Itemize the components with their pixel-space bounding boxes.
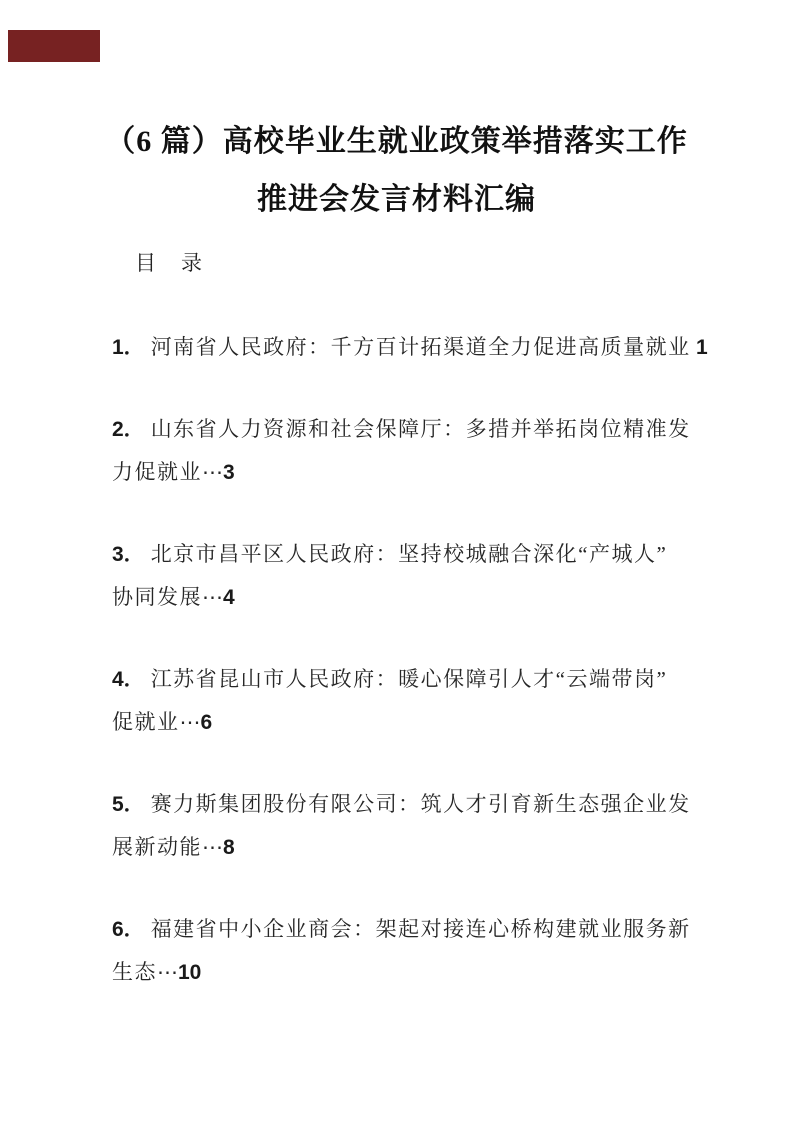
toc-item-number: 1． — [112, 336, 145, 359]
toc-leader-dots: ⋯ — [157, 960, 178, 984]
toc-item-number: 3． — [112, 543, 145, 566]
toc-item-text: 北京市昌平区人民政府：坚持校城融合深化“产城人” — [151, 542, 668, 566]
toc-item-text-continued: 生态 — [112, 960, 157, 984]
toc-item-number: 2． — [112, 418, 145, 441]
toc-page-number: 6 — [201, 711, 213, 734]
toc-item-text: 福建省中小企业商会：架起对接连心桥构建就业服务新 — [151, 917, 691, 941]
toc-item-text: 河南省人民政府：千方百计拓渠道全力促进高质量就业 — [151, 335, 691, 359]
toc-item-text: 江苏省昆山市人民政府：暖心保障引人才“云端带岗” — [151, 667, 668, 691]
document-title-line-2: 推进会发言材料汇编 — [0, 171, 793, 229]
document-page: （6 篇）高校毕业生就业政策举措落实工作 推进会发言材料汇编 目 录 1．河南省… — [0, 0, 793, 1122]
toc-page-number: 4 — [223, 586, 235, 609]
toc-item: 2．山东省人力资源和社会保障厅：多措并举拓岗位精准发 力促就业⋯3 — [112, 408, 678, 494]
toc-page-number: 8 — [223, 836, 235, 859]
toc-item-number: 4． — [112, 668, 145, 691]
toc-item-text-continued: 促就业 — [112, 710, 180, 734]
document-title: （6 篇）高校毕业生就业政策举措落实工作 推进会发言材料汇编 — [0, 113, 793, 229]
toc-item-text-continued: 展新动能 — [112, 835, 202, 859]
toc-page-number: 3 — [223, 461, 235, 484]
toc-item: 3．北京市昌平区人民政府：坚持校城融合深化“产城人” 协同发展⋯4 — [112, 533, 678, 619]
toc-leader-dots: ⋯ — [180, 710, 201, 734]
toc-item: 5．赛力斯集团股份有限公司：筑人才引育新生态强企业发 展新动能⋯8 — [112, 783, 678, 869]
document-title-line-1: （6 篇）高校毕业生就业政策举措落实工作 — [0, 113, 793, 171]
toc-item-text: 山东省人力资源和社会保障厅：多措并举拓岗位精准发 — [151, 417, 691, 441]
toc-item: 6．福建省中小企业商会：架起对接连心桥构建就业服务新 生态⋯10 — [112, 908, 678, 994]
toc-leader-dots: ⋯ — [202, 835, 223, 859]
toc-leader-dots: ⋯ — [202, 460, 223, 484]
toc-item: 4．江苏省昆山市人民政府：暖心保障引人才“云端带岗” 促就业⋯6 — [112, 658, 678, 744]
toc-item-text: 赛力斯集团股份有限公司：筑人才引育新生态强企业发 — [151, 792, 691, 816]
toc-item: 1．河南省人民政府：千方百计拓渠道全力促进高质量就业 1 — [112, 326, 678, 369]
toc-heading: 目 录 — [135, 246, 204, 280]
toc-list: 1．河南省人民政府：千方百计拓渠道全力促进高质量就业 1 2．山东省人力资源和社… — [112, 326, 678, 1033]
toc-leader-dots: ⋯ — [202, 585, 223, 609]
toc-item-number: 6． — [112, 918, 145, 941]
corner-tag — [8, 30, 100, 62]
toc-item-text-continued: 力促就业 — [112, 460, 202, 484]
toc-page-number: 10 — [178, 961, 201, 984]
toc-item-number: 5． — [112, 793, 145, 816]
toc-item-text-continued: 协同发展 — [112, 585, 202, 609]
toc-page-number: 1 — [696, 336, 708, 359]
